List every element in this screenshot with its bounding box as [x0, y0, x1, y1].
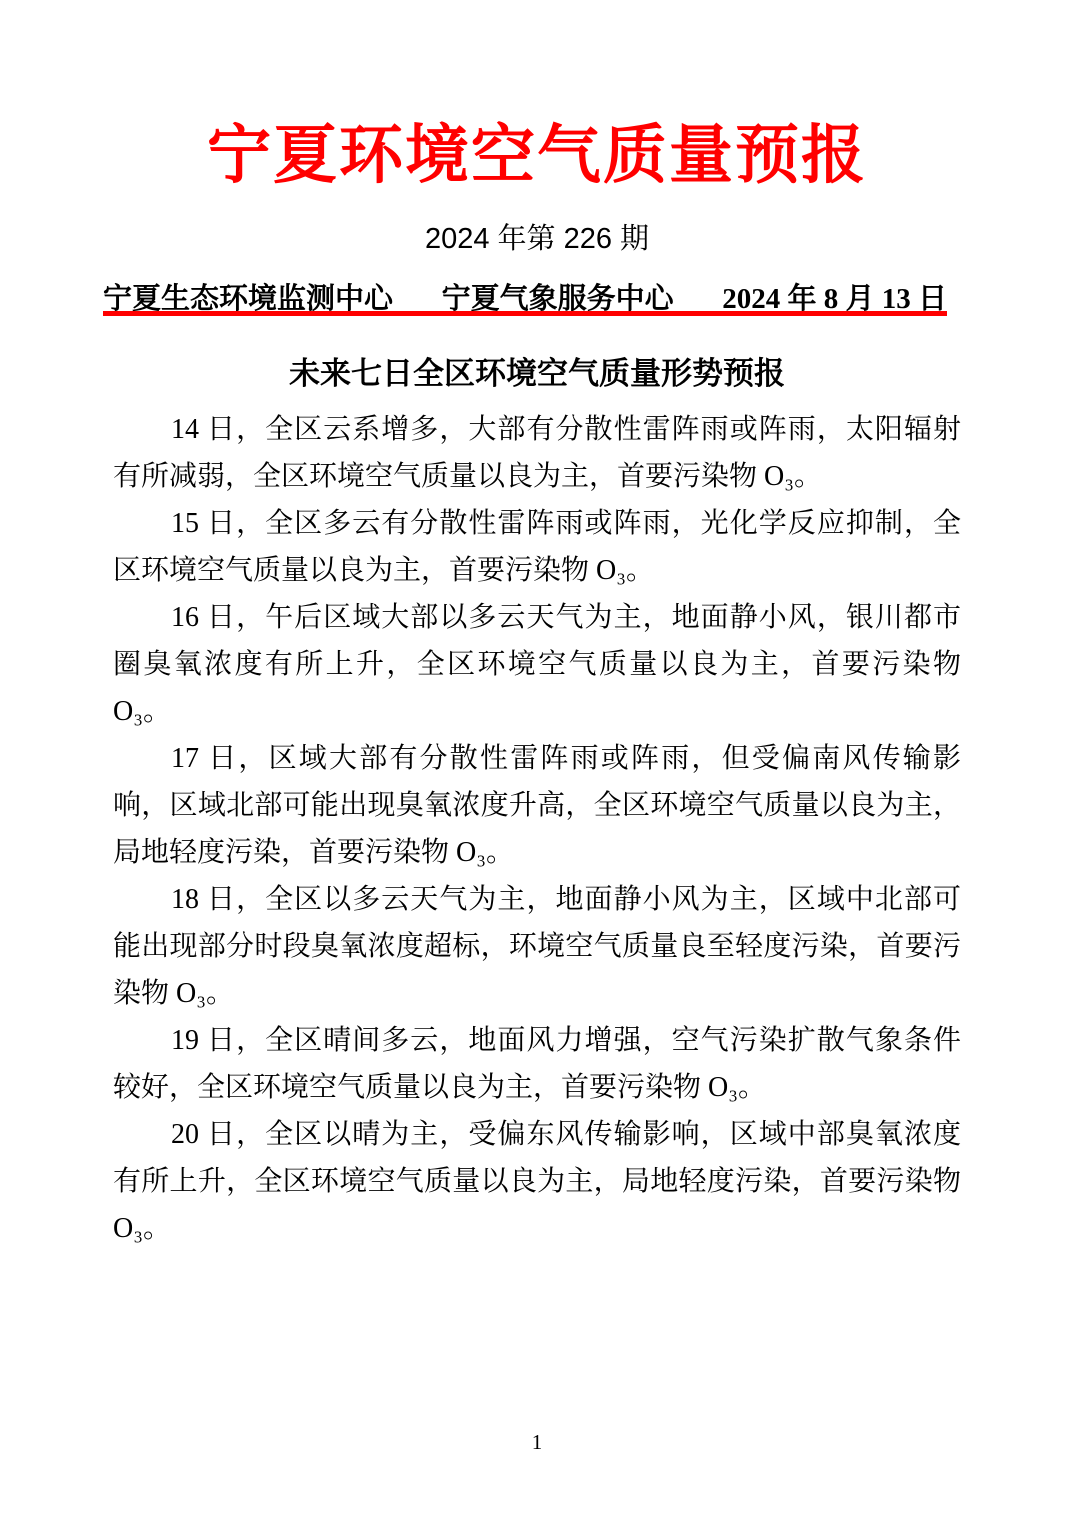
- document-page: 宁夏环境空气质量预报 2024 年第 226 期 宁夏生态环境监测中心 宁夏气象…: [0, 0, 1074, 1520]
- forecast-paragraph-day17: 17 日，区域大部有分散性雷阵雨或阵雨，但受偏南风传输影响，区域北部可能出现臭氧…: [113, 735, 961, 876]
- forecast-paragraph-day14: 14 日，全区云系增多，大部有分散性雷阵雨或阵雨，太阳辐射有所减弱，全区环境空气…: [113, 406, 961, 500]
- forecast-paragraph-day15: 15 日，全区多云有分散性雷阵雨或阵雨，光化学反应抑制，全区环境空气质量以良为主…: [113, 500, 961, 594]
- forecast-paragraph-day18: 18 日，全区以多云天气为主，地面静小风为主，区域中北部可能出现部分时段臭氧浓度…: [113, 876, 961, 1017]
- forecast-paragraph-day19: 19 日，全区晴间多云，地面风力增强，空气污染扩散气象条件较好，全区环境空气质量…: [113, 1017, 961, 1111]
- page-number: 1: [0, 1430, 1074, 1455]
- section-heading: 未来七日全区环境空气质量形势预报: [0, 348, 1074, 393]
- issue-number: 2024 年第 226 期: [0, 216, 1074, 257]
- document-title: 宁夏环境空气质量预报: [0, 118, 1074, 195]
- forecast-body: 14 日，全区云系增多，大部有分散性雷阵雨或阵雨，太阳辐射有所减弱，全区环境空气…: [113, 406, 961, 1252]
- red-divider-rule: [103, 311, 947, 316]
- forecast-paragraph-day20: 20 日，全区以晴为主，受偏东风传输影响，区域中部臭氧浓度有所上升，全区环境空气…: [113, 1111, 961, 1252]
- forecast-paragraph-day16: 16 日，午后区域大部以多云天气为主，地面静小风，银川都市圈臭氧浓度有所上升，全…: [113, 594, 961, 735]
